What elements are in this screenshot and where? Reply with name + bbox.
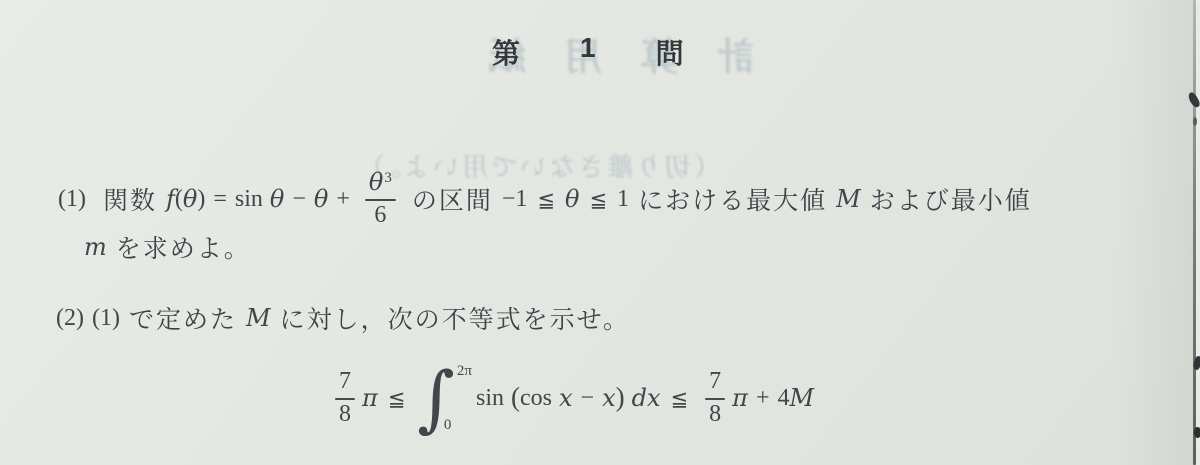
math-token: で定めた [129, 300, 237, 336]
math-token: = [213, 186, 227, 213]
math-token: 8 [709, 402, 721, 427]
math-token: 1 [617, 186, 629, 213]
problem-1-label: (1) [58, 186, 86, 213]
math-token: x [559, 384, 573, 412]
math-token: cos [520, 385, 552, 412]
math-token: ≦ [388, 387, 406, 411]
page-title: 第1問 [492, 32, 684, 72]
math-token: の区間 [412, 181, 493, 217]
page-edge-mark [1193, 117, 1197, 126]
math-token: −1 [502, 186, 528, 213]
math-token: dx [632, 384, 661, 412]
fraction: 78 [335, 369, 355, 426]
title-char-mon: 問 [656, 32, 684, 72]
math-token: ≦ [589, 188, 607, 212]
math-token: m [84, 233, 107, 261]
fraction-bar [335, 398, 355, 400]
math-token: (1) [92, 305, 120, 332]
math-token: sin [235, 186, 263, 213]
title-number: 1 [580, 32, 596, 72]
fraction-numerator: θ3 [365, 170, 396, 195]
math-token: θ [369, 170, 383, 195]
problem-1-line-2: mを求めよ。 [84, 230, 260, 264]
problem-1-line-1: (1)関数f(θ)=sinθ−θ+θ36の区間−1≦θ≦1における最大値Mおよび… [58, 160, 1041, 238]
math-token: θ [565, 185, 579, 213]
integral-limits: 2π0 [455, 361, 470, 435]
math-token: 6 [374, 203, 386, 228]
math-token: M [789, 384, 814, 412]
exam-paper-photo: 計算用紙 （切り離さないで用いよ。） 第1問 (1)関数f(θ)=sinθ−θ+… [0, 0, 1200, 465]
fraction-denominator: 8 [705, 402, 725, 427]
math-token: 4 [777, 385, 789, 412]
math-token: および最小値 [870, 181, 1032, 217]
math-token: + [336, 186, 350, 213]
math-token: π [732, 384, 748, 412]
math-token: 8 [339, 402, 351, 427]
math-token: ) [616, 382, 625, 413]
title-char-dai: 第 [492, 32, 520, 72]
math-token: θ [270, 185, 284, 213]
math-token: 7 [339, 369, 351, 394]
math-token: に対し，次の不等式を示せ。 [280, 300, 630, 336]
math-token: ) [197, 186, 205, 213]
math-token: ( [175, 186, 183, 213]
math-token: − [581, 385, 595, 412]
math-token: θ [183, 185, 197, 213]
fraction-denominator: 6 [370, 203, 390, 228]
math-token: + [756, 385, 770, 412]
integral-upper-limit: 2π [457, 363, 472, 380]
page-edge-shadow [1115, 0, 1193, 465]
math-token: θ [314, 185, 328, 213]
fraction: θ36 [365, 170, 396, 227]
math-token: ( [511, 382, 520, 413]
math-token: における最大値 [638, 181, 827, 217]
fraction-denominator: 8 [335, 402, 355, 427]
fraction-bar [365, 199, 396, 201]
problem-2-label: (2) [56, 305, 84, 332]
page-edge-strip [1196, 0, 1200, 465]
integral: ∫2π0 [417, 361, 470, 435]
math-token: ≦ [537, 188, 555, 212]
fraction-bar [705, 398, 725, 400]
page-content: 第1問 (1)関数f(θ)=sinθ−θ+θ36の区間−1≦θ≦1における最大値… [0, 0, 1200, 465]
page-edge-mark [1194, 427, 1200, 438]
math-token: − [292, 186, 306, 213]
fraction-numerator: 7 [335, 369, 355, 394]
math-token: π [362, 384, 378, 412]
fraction-numerator: 7 [705, 369, 725, 394]
math-token: x [602, 384, 616, 412]
problem-2-formula: 78π≦∫2π0sin(cosx−x)dx≦78π+4M [328, 356, 814, 440]
math-token: M [836, 185, 861, 213]
math-token: 関数 [103, 181, 157, 217]
integral-lower-limit: 0 [444, 417, 459, 434]
math-token: M [246, 304, 271, 332]
math-token: sin [476, 385, 504, 412]
fraction: 78 [705, 369, 725, 426]
math-token: 3 [384, 171, 392, 187]
math-token: f [166, 185, 175, 213]
math-token: を求めよ。 [116, 229, 251, 265]
math-token: 7 [709, 369, 721, 394]
math-token: ≦ [671, 387, 689, 411]
problem-2-line-1: (2)(1)で定めたMに対し，次の不等式を示せ。 [56, 298, 639, 338]
